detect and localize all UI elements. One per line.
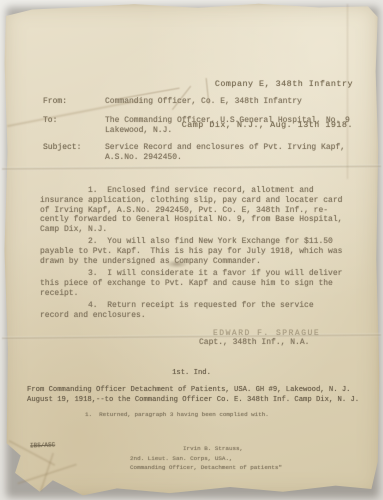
to-value: The Commanding Officer, U.S.General Hosp… — [105, 116, 350, 136]
scanned-letter: Company E, 348th Infantry Camp Dix, N.J.… — [0, 0, 383, 500]
endorsement-action: 1. Returned, paragraph 3 having been com… — [85, 410, 269, 419]
to-label: To: — [43, 116, 57, 126]
letterhead-unit: Company E, 348th Infantry — [182, 78, 353, 92]
from-value: Commanding Officer, Co. E, 348th Infantr… — [105, 97, 302, 107]
signature-title: Capt., 348th Inf., N.A. — [199, 338, 309, 348]
typist-initials: IBS/ASC — [30, 441, 56, 452]
endorsement-heading: 1st. Ind. — [0, 369, 383, 379]
endorsement-signature-lines: Irvin B. Strauss,2nd. Lieut. San. Corps,… — [130, 444, 282, 472]
endorsement-signature: Irvin B. Strauss,2nd. Lieut. San. Corps,… — [130, 426, 282, 490]
body-paragraph-4: 4. Return receipt is requested for the s… — [40, 301, 314, 321]
from-label: From: — [43, 97, 67, 107]
body-paragraph-3: 3. I will considerate it a favor if you … — [40, 269, 342, 298]
endorsement-origin: From Commanding Officer Detachment of Pa… — [27, 386, 359, 405]
subject-label: Subject: — [43, 143, 81, 153]
subject-value: Service Record and enclosures of Pvt. Ir… — [105, 143, 345, 163]
body-paragraph-1: 1. Enclosed find service record, allotme… — [40, 186, 342, 235]
body-paragraph-2: 2. You will also find New York Exchange … — [40, 237, 342, 266]
